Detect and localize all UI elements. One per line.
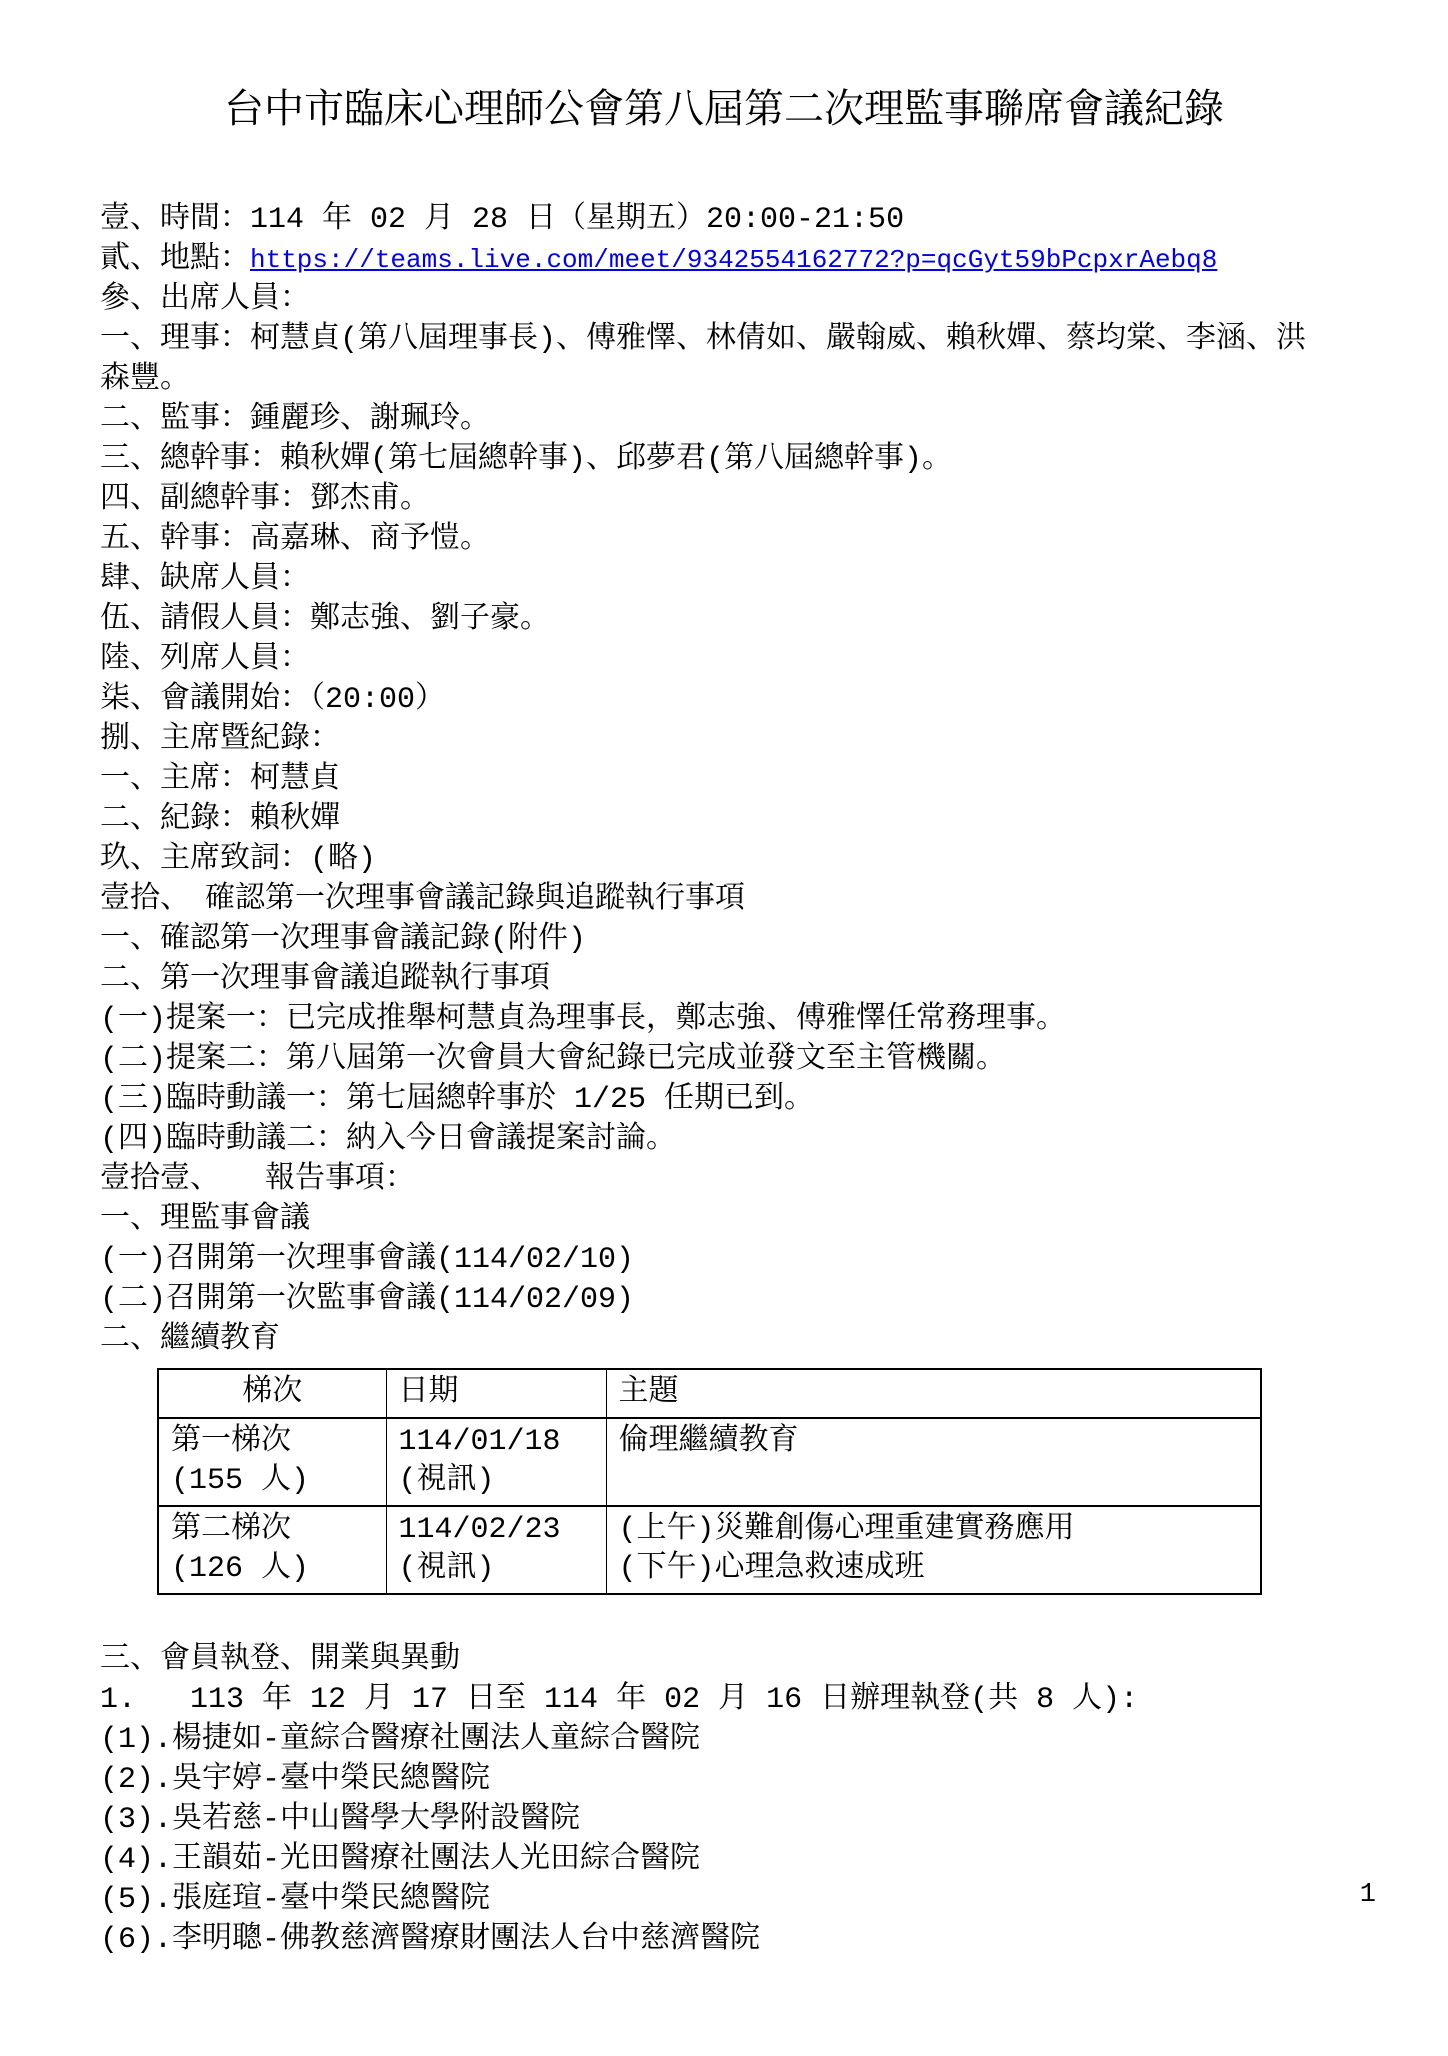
line-directors-wrap: 森豐。 [100, 360, 1318, 400]
line-section10-heading: 壹拾、 確認第一次理事會議記錄與追蹤執行事項 [100, 880, 1318, 920]
line-recorder: 二、紀錄：賴秋嬋 [100, 800, 1318, 840]
document-body: 壹、時間：114 年 02 月 28 日（星期五）20:00-21:50 貳、地… [0, 200, 1448, 1960]
line-on-leave: 伍、請假人員：鄭志強、劉子豪。 [100, 600, 1318, 640]
line-chair-recorder-header: 捌、主席暨紀錄： [100, 720, 1318, 760]
line-staff: 五、幹事：高嘉琳、商予愷。 [100, 520, 1318, 560]
table-cell-date: 114/02/23 (視訊) [386, 1506, 606, 1594]
line-continuing-education: 二、繼續教育 [100, 1320, 1318, 1360]
page-number: 1 [1360, 1880, 1376, 1910]
line-section11-heading: 壹拾壹、 報告事項： [100, 1160, 1318, 1200]
continuing-education-table: 梯次 日期 主題 第一梯次 (155 人) 114/01/18 (視訊) 倫理繼… [157, 1368, 1262, 1595]
line-registrant-2: (2).吳宇婷-臺中榮民總醫院 [100, 1760, 1318, 1800]
line-directors: 一、理事：柯慧貞(第八屆理事長)、傅雅懌、林倩如、嚴翰威、賴秋嬋、蔡均棠、李涵、… [100, 320, 1318, 360]
table-cell-cohort: 第二梯次 (126 人) [158, 1506, 386, 1594]
line-observers: 陸、列席人員： [100, 640, 1318, 680]
line-confirm-minutes: 一、確認第一次理事會議記錄(附件) [100, 920, 1318, 960]
line-board-meeting-1: (一)召開第一次理事會議(114/02/10) [100, 1240, 1318, 1280]
line-proposal-1: (一)提案一：已完成推舉柯慧貞為理事長，鄭志強、傅雅懌任常務理事。 [100, 1000, 1318, 1040]
line-time: 壹、時間：114 年 02 月 28 日（星期五）20:00-21:50 [100, 200, 1318, 240]
line-deputy-secretary: 四、副總幹事：鄧杰甫。 [100, 480, 1318, 520]
line-attendees-header: 參、出席人員： [100, 280, 1318, 320]
table-cell-date: 114/01/18 (視訊) [386, 1418, 606, 1506]
line-supervisors: 二、監事：鍾麗珍、謝珮玲。 [100, 400, 1318, 440]
line-chair-remarks: 玖、主席致詞：(略) [100, 840, 1318, 880]
table-header-date: 日期 [386, 1369, 606, 1418]
line-proposal-2: (二)提案二：第八屆第一次會員大會紀錄已完成並發文至主管機關。 [100, 1040, 1318, 1080]
line-registrant-3: (3).吳若慈-中山醫學大學附設醫院 [100, 1800, 1318, 1840]
line-member-registration: 三、會員執登、開業與異動 [100, 1640, 1318, 1680]
line-board-meetings: 一、理監事會議 [100, 1200, 1318, 1240]
line-secretary-general: 三、總幹事：賴秋嬋(第七屆總幹事)、邱夢君(第八屆總幹事)。 [100, 440, 1318, 480]
line-motion-1: (三)臨時動議一：第七屆總幹事於 1/25 任期已到。 [100, 1080, 1318, 1120]
line-motion-2: (四)臨時動議二：納入今日會議提案討論。 [100, 1120, 1318, 1160]
line-registrant-5: (5).張庭瑄-臺中榮民總醫院 [100, 1880, 1318, 1920]
page-title: 台中市臨床心理師公會第八屆第二次理監事聯席會議紀錄 [0, 0, 1448, 136]
table-header-row: 梯次 日期 主題 [158, 1369, 1261, 1418]
line-registrant-1: (1).楊捷如-童綜合醫療社團法人童綜合醫院 [100, 1720, 1318, 1760]
line-registration-period: 1. 113 年 12 月 17 日至 114 年 02 月 16 日辦理執登(… [100, 1680, 1318, 1720]
line-chair: 一、主席：柯慧貞 [100, 760, 1318, 800]
document-page: 台中市臨床心理師公會第八屆第二次理監事聯席會議紀錄 壹、時間：114 年 02 … [0, 0, 1448, 2056]
line-board-meeting-2: (二)召開第一次監事會議(114/02/09) [100, 1280, 1318, 1320]
line-location: 貳、地點：https://teams.live.com/meet/9342554… [100, 240, 1318, 280]
table-cell-topic: (上午)災難創傷心理重建實務應用 (下午)心理急救速成班 [606, 1506, 1261, 1594]
meeting-link[interactable]: https://teams.live.com/meet/934255416277… [250, 245, 1217, 275]
location-label: 貳、地點： [100, 243, 250, 277]
table-row: 第一梯次 (155 人) 114/01/18 (視訊) 倫理繼續教育 [158, 1418, 1261, 1506]
line-registrant-6: (6).李明聰-佛教慈濟醫療財團法人台中慈濟醫院 [100, 1920, 1318, 1960]
table-header-cohort: 梯次 [158, 1369, 386, 1418]
table-cell-cohort: 第一梯次 (155 人) [158, 1418, 386, 1506]
line-followup-heading: 二、第一次理事會議追蹤執行事項 [100, 960, 1318, 1000]
line-absent: 肆、缺席人員： [100, 560, 1318, 600]
table-row: 第二梯次 (126 人) 114/02/23 (視訊) (上午)災難創傷心理重建… [158, 1506, 1261, 1594]
table-header-topic: 主題 [606, 1369, 1261, 1418]
line-meeting-start: 柒、會議開始：（20:00） [100, 680, 1318, 720]
table-cell-topic: 倫理繼續教育 [606, 1418, 1261, 1506]
line-registrant-4: (4).王韻茹-光田醫療社團法人光田綜合醫院 [100, 1840, 1318, 1880]
